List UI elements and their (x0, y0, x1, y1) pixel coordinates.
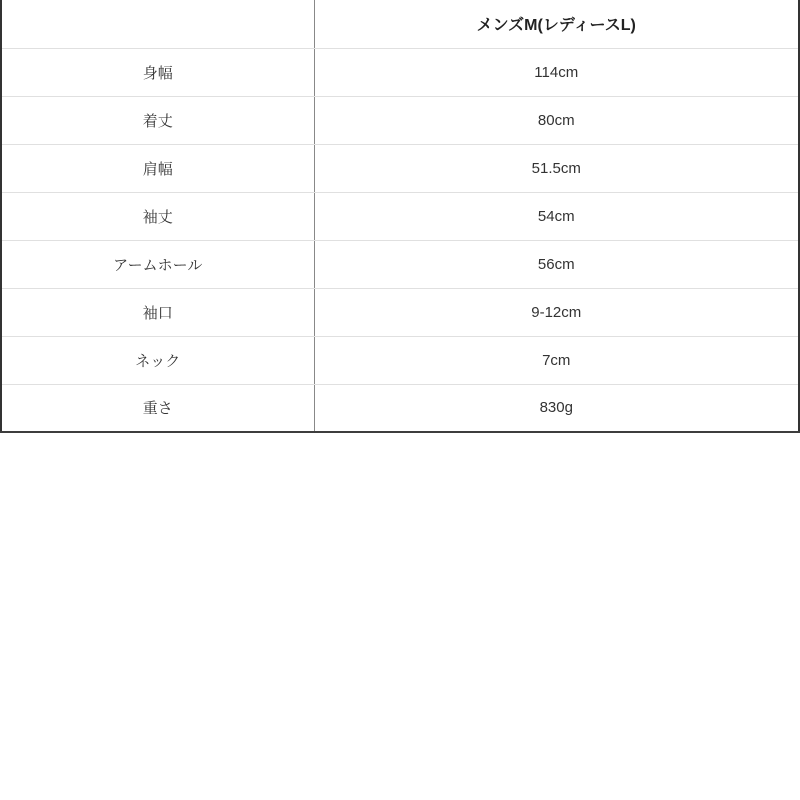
row-value: 9-12cm (314, 288, 799, 336)
row-value: 56cm (314, 240, 799, 288)
row-value: 80cm (314, 96, 799, 144)
header-size-cell: メンズM(レディースL) (314, 0, 799, 48)
row-label: 袖丈 (1, 192, 314, 240)
row-label: 袖口 (1, 288, 314, 336)
row-label: 重さ (1, 384, 314, 432)
size-spec-table: メンズM(レディースL) 身幅 114cm 着丈 80cm 肩幅 51.5cm … (0, 0, 800, 433)
table-row: 袖口 9-12cm (1, 288, 799, 336)
table-row: 肩幅 51.5cm (1, 144, 799, 192)
header-empty-cell (1, 0, 314, 48)
row-label: 身幅 (1, 48, 314, 96)
row-label: ネック (1, 336, 314, 384)
row-value: 54cm (314, 192, 799, 240)
table-row: アームホール 56cm (1, 240, 799, 288)
row-value: 7cm (314, 336, 799, 384)
table-header-row: メンズM(レディースL) (1, 0, 799, 48)
row-value: 830g (314, 384, 799, 432)
row-label: アームホール (1, 240, 314, 288)
table-row: 着丈 80cm (1, 96, 799, 144)
row-label: 着丈 (1, 96, 314, 144)
table-row: 重さ 830g (1, 384, 799, 432)
row-label: 肩幅 (1, 144, 314, 192)
table-row: 身幅 114cm (1, 48, 799, 96)
row-value: 51.5cm (314, 144, 799, 192)
table-row: 袖丈 54cm (1, 192, 799, 240)
table-row: ネック 7cm (1, 336, 799, 384)
row-value: 114cm (314, 48, 799, 96)
